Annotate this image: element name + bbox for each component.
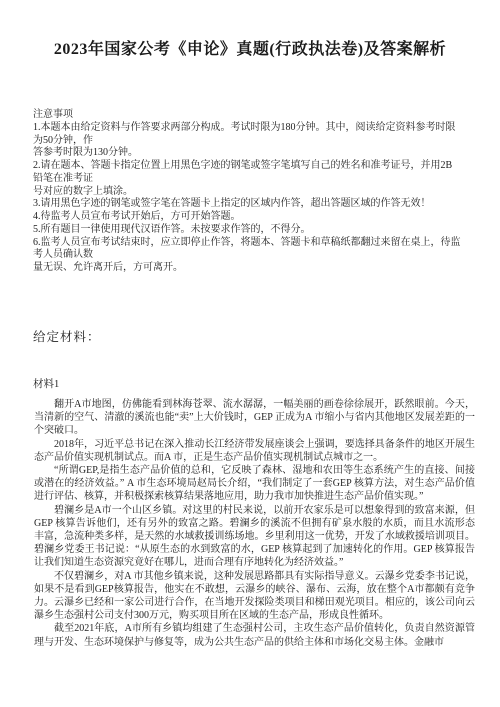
notice-line: 4.待监考人员宣布考试开始后，方可开始答题。 bbox=[33, 211, 476, 224]
notice-line: 量无误、允许离开后，方可离开。 bbox=[33, 262, 476, 275]
materials-heading: 给定材料： bbox=[33, 327, 101, 345]
paragraph: 碧澜乡是A市一个山区乡镇。对这里的村民来说，以前开农家乐是可以想象得到的致富来源… bbox=[34, 504, 475, 570]
paragraph: 不仅碧澜乡，对A 市其他乡镇来说，这种发展思路都具有实际指导意义。云瀑乡党委李书… bbox=[34, 570, 475, 623]
document-page: 2023年国家公考《申论》真题(行政执法卷)及答案解析 注意事项 1.本题本由给… bbox=[0, 0, 500, 707]
paragraph: “所谓GEP,是指生态产品价值的总和，它反映了森林、湿地和农田等生态系统产生的直… bbox=[34, 464, 475, 504]
notice-line: 考人员确认数 bbox=[33, 249, 476, 262]
material-1-body: 翻开A市地图，仿佛能看到林海苍翠、流水潺潺，一幅美丽的画卷徐徐展开，跃然眼前。今… bbox=[34, 398, 475, 649]
document-title: 2023年国家公考《申论》真题(行政执法卷)及答案解析 bbox=[0, 36, 500, 59]
paragraph: 截至2021年底，A市所有乡镇均组建了生态强村公司，主攻生态产品价值转化，负责自… bbox=[34, 622, 475, 648]
notice-line: 答参考时限为130分钟。 bbox=[33, 147, 476, 160]
notice-heading: 注意事项 bbox=[33, 109, 476, 122]
paragraph: 2018年，习近平总书记在深入推动长江经济带发展座谈会上强调，要选择具备条件的地… bbox=[34, 438, 475, 464]
notice-line: 2.请在题本、答题卡指定位置上用黑色字迹的钢笔或签字笔填写自己的姓名和准考证号，… bbox=[33, 160, 476, 173]
notice-line: 6.监考人员宣布考试结束时，应立即停止作答，将题本、答题卡和草稿纸都翻过来留在桌… bbox=[33, 237, 476, 250]
notice-line: 5.所有题目一律使用现代汉语作答。未按要求作答的，不得分。 bbox=[33, 224, 476, 237]
notice-line: 铅笔在准考证 bbox=[33, 173, 476, 186]
material-1-label: 材料1 bbox=[33, 376, 59, 391]
notice-section: 注意事项 1.本题本由给定资料与作答要求两部分构成。考试时限为180分钟。其中，… bbox=[33, 109, 476, 275]
notice-line: 1.本题本由给定资料与作答要求两部分构成。考试时限为180分钟。其中，阅读给定资… bbox=[33, 122, 476, 135]
paragraph: 翻开A市地图，仿佛能看到林海苍翠、流水潺潺，一幅美丽的画卷徐徐展开，跃然眼前。今… bbox=[34, 398, 475, 438]
notice-line: 号对应的数字上填涂。 bbox=[33, 186, 476, 199]
notice-line: 为50分钟，作 bbox=[33, 135, 476, 148]
notice-line: 3.请用黑色字迹的钢笔或签字笔在答题卡上指定的区域内作答，超出答题区域的作答无效… bbox=[33, 198, 476, 211]
